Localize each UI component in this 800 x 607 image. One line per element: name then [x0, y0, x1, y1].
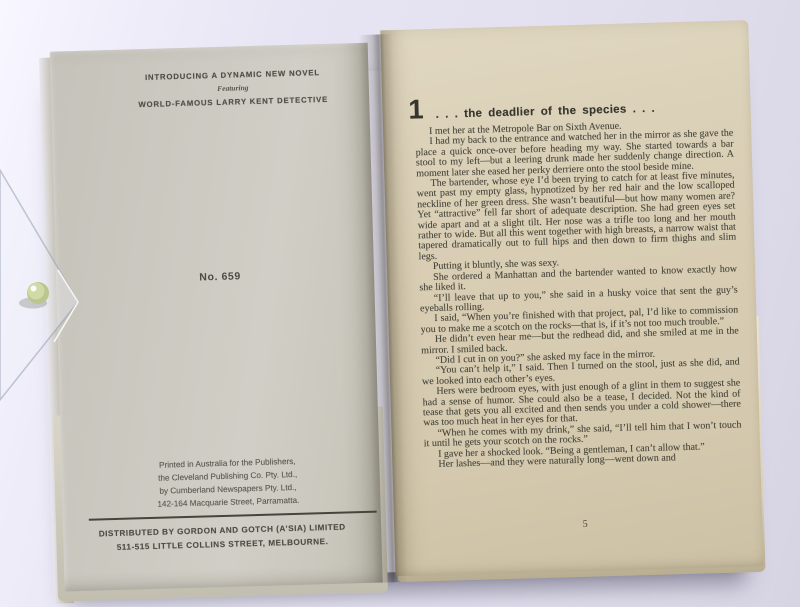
- pearl-highlight: [31, 286, 37, 292]
- header-line-2: Featuring: [97, 80, 369, 97]
- body-text: I met her at the Metropole Bar on Sixth …: [415, 119, 742, 471]
- right-page: 1 . . . the deadlier of the species . . …: [380, 20, 763, 576]
- paragraph: The bartender, whose eye I’d been trying…: [416, 171, 736, 263]
- glass-sheet-corner: [0, 150, 120, 450]
- chapter-heading: 1 . . . the deadlier of the species . . …: [408, 91, 655, 122]
- photo-scene: INTRODUCING A DYNAMIC NEW NOVEL Featurin…: [0, 0, 800, 607]
- chapter-number: 1: [408, 97, 425, 121]
- imprint-block: Printed in Australia for the Publishers,…: [61, 453, 380, 514]
- pearl-body: [28, 283, 45, 300]
- header-line-3: WORLD-FAMOUS LARRY KENT DETECTIVE: [97, 94, 369, 111]
- page-number: 5: [426, 514, 744, 534]
- divider-rule: [89, 511, 377, 521]
- distribution-block: DISTRIBUTED BY GORDON AND GOTCH (A’SIA) …: [63, 520, 382, 557]
- open-book: INTRODUCING A DYNAMIC NEW NOVEL Featurin…: [26, 16, 769, 598]
- publisher-header: INTRODUCING A DYNAMIC NEW NOVEL Featurin…: [50, 67, 369, 112]
- chapter-title: . . . the deadlier of the species . . .: [436, 103, 656, 121]
